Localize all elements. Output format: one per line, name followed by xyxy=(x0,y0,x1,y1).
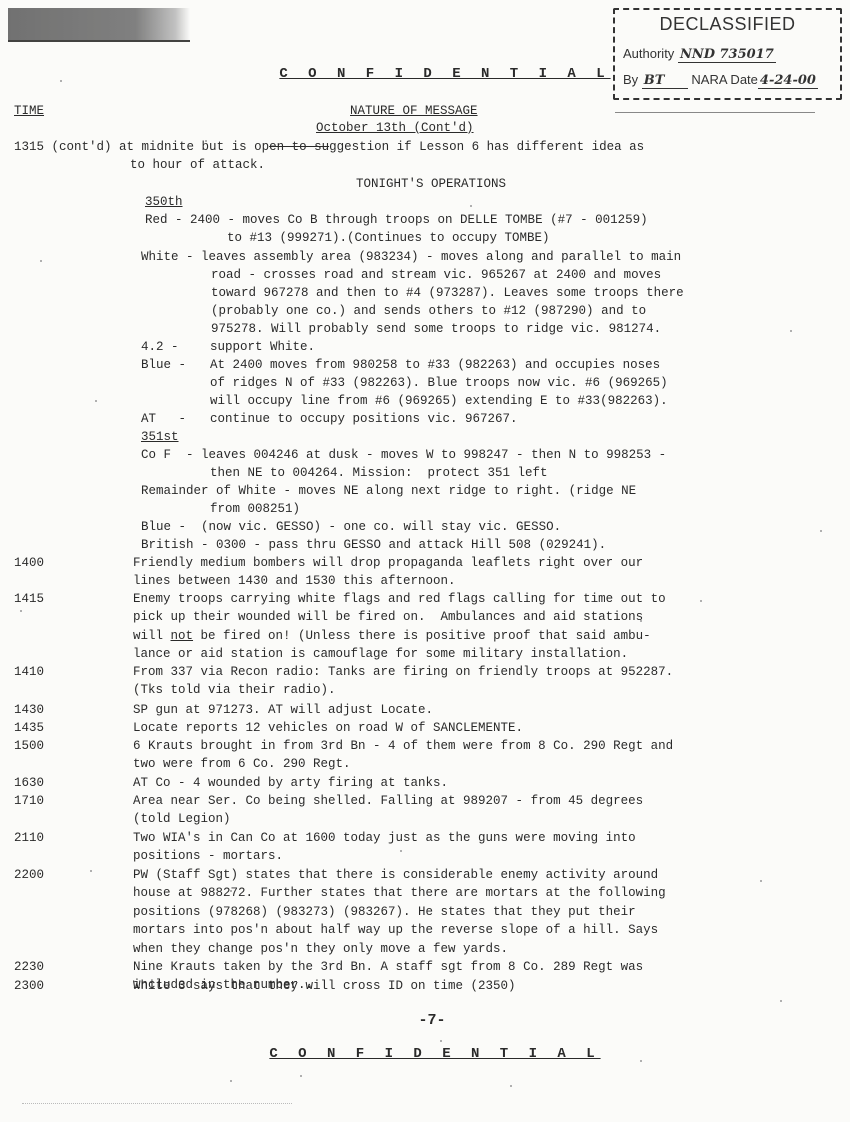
log-message-line: AT Co - 4 wounded by arty firing at tank… xyxy=(133,774,448,792)
log-time: 2300 xyxy=(14,977,44,995)
entry-1315: 1315 (cont'd) at midnite but is open to … xyxy=(14,138,644,156)
scan-speck xyxy=(300,1075,302,1077)
log-message-line: PW (Staff Sgt) states that there is cons… xyxy=(133,866,658,884)
log-message-line: house at 988272. Further states that the… xyxy=(133,884,666,902)
ops-cof-cont: then NE to 004264. Mission: protect 351 … xyxy=(210,464,548,482)
scan-speck xyxy=(60,80,62,82)
log-message-line: White 3 says that they will cross ID on … xyxy=(133,977,516,995)
scan-speck xyxy=(820,530,822,532)
ops-at-label: AT - xyxy=(141,410,186,428)
ops-white-cont: toward 967278 and then to #4 (973287). L… xyxy=(211,284,684,302)
log-message-line: lance or aid station is camouflage for s… xyxy=(133,645,628,663)
scan-artifact-line xyxy=(22,1103,292,1104)
scan-speck xyxy=(40,260,42,262)
stamp-title: DECLASSIFIED xyxy=(615,14,840,35)
log-message-line: (told Legion) xyxy=(133,810,231,828)
ops-cof: Co F - leaves 004246 at dusk - moves W t… xyxy=(141,446,666,464)
scan-speck xyxy=(470,205,472,207)
ops-blue: At 2400 moves from 980258 to #33 (982263… xyxy=(210,356,660,374)
scan-speck xyxy=(230,890,232,892)
scan-speck xyxy=(20,610,22,612)
nature-column-header: NATURE OF MESSAGE xyxy=(350,104,478,118)
page-number: -7- xyxy=(14,1012,850,1029)
scan-speck xyxy=(640,620,642,622)
log-time: 1630 xyxy=(14,774,44,792)
divider xyxy=(615,112,815,113)
ops-mortar: support White. xyxy=(210,338,315,356)
ops-remainder: Remainder of White - moves NE along next… xyxy=(141,482,636,500)
entry-time: 1315 (cont'd) xyxy=(14,140,112,154)
classification-header: C O N F I D E N T I A L xyxy=(40,66,850,82)
ops-mortar-label: 4.2 - xyxy=(141,338,179,356)
log-message-line: positions - mortars. xyxy=(133,847,283,865)
unit-350th: 350th xyxy=(145,193,183,211)
scan-speck xyxy=(780,1000,782,1002)
classification-footer: C O N F I D E N T I A L xyxy=(20,1046,850,1062)
log-message-line: two were from 6 Co. 290 Regt. xyxy=(133,755,351,773)
log-message-line: positions (978268) (983273) (983267). He… xyxy=(133,903,636,921)
ops-remainder-cont: from 008251) xyxy=(210,500,300,518)
log-message-line: Two WIA's in Can Co at 1600 today just a… xyxy=(133,829,636,847)
scan-speck xyxy=(790,330,792,332)
ops-white: White - leaves assembly area (983234) - … xyxy=(141,248,681,266)
ops-blue-cont: of ridges N of #33 (982263). Blue troops… xyxy=(210,374,668,392)
ops-red: Red - 2400 - moves Co B through troops o… xyxy=(145,211,648,229)
log-message-line: Area near Ser. Co being shelled. Falling… xyxy=(133,792,643,810)
ops-white-cont: 975278. Will probably send some troops t… xyxy=(211,320,661,338)
log-time: 1500 xyxy=(14,737,44,755)
scan-speck xyxy=(440,1040,442,1042)
entry-text-line: to hour of attack. xyxy=(130,156,265,174)
scan-speck xyxy=(510,1085,512,1087)
unit-351st: 351st xyxy=(141,428,179,446)
declassified-stamp: DECLASSIFIED Authority NND 735017 By BT … xyxy=(613,8,842,100)
log-time: 1435 xyxy=(14,719,44,737)
document-date: October 13th (Cont'd) xyxy=(316,121,474,135)
stamp-authority-value: NND 735017 xyxy=(678,47,776,63)
log-time: 2200 xyxy=(14,866,44,884)
scan-speck xyxy=(400,850,402,852)
scan-speck xyxy=(95,400,97,402)
scan-speck xyxy=(230,1080,232,1082)
ops-red-cont: to #13 (999271).(Continues to occupy TOM… xyxy=(227,229,550,247)
log-message-line: lines between 1430 and 1530 this afterno… xyxy=(133,572,456,590)
log-message-line: Enemy troops carrying white flags and re… xyxy=(133,590,666,608)
ops-white-cont: (probably one co.) and sends others to #… xyxy=(211,302,646,320)
time-column-header: TIME xyxy=(14,104,44,118)
ops-white-cont: road - crosses road and stream vic. 9652… xyxy=(211,266,661,284)
log-message-line: pick up their wounded will be fired on. … xyxy=(133,608,643,626)
scan-speck xyxy=(700,600,702,602)
ops-blue-351: Blue - (now vic. GESSO) - one co. will s… xyxy=(141,518,561,536)
ops-blue-cont: will occupy line from #6 (969265) extend… xyxy=(210,392,668,410)
log-time: 1710 xyxy=(14,792,44,810)
log-message-line: From 337 via Recon radio: Tanks are firi… xyxy=(133,663,673,681)
scan-speck xyxy=(90,870,92,872)
scan-speck xyxy=(760,880,762,882)
log-message-line: (Tks told via their radio). xyxy=(133,681,336,699)
log-time: 2110 xyxy=(14,829,44,847)
scan-speck xyxy=(640,1060,642,1062)
log-message-line: SP gun at 971273. AT will adjust Locate. xyxy=(133,701,433,719)
ops-at: continue to occupy positions vic. 967267… xyxy=(210,410,518,428)
ops-british: British - 0300 - pass thru GESSO and att… xyxy=(141,536,606,554)
log-message-line: Locate reports 12 vehicles on road W of … xyxy=(133,719,523,737)
scan-speck xyxy=(205,140,207,142)
log-time: 1400 xyxy=(14,554,44,572)
scan-artifact-bar xyxy=(8,8,190,42)
log-message-line: will not be fired on! (Unless there is p… xyxy=(133,627,651,645)
stamp-authority: Authority NND 735017 xyxy=(623,46,776,63)
log-time: 1415 xyxy=(14,590,44,608)
log-message-line: Friendly medium bombers will drop propag… xyxy=(133,554,643,572)
log-time: 2230 xyxy=(14,958,44,976)
operations-title: TONIGHT'S OPERATIONS xyxy=(356,175,506,193)
log-message-line: Nine Krauts taken by the 3rd Bn. A staff… xyxy=(133,958,643,976)
log-message-line: mortars into pos'n about half way up the… xyxy=(133,921,658,939)
log-message-line: 6 Krauts brought in from 3rd Bn - 4 of t… xyxy=(133,737,673,755)
ops-blue-label: Blue - xyxy=(141,356,186,374)
log-message-line: when they change pos'n they only move a … xyxy=(133,940,508,958)
log-time: 1430 xyxy=(14,701,44,719)
log-time: 1410 xyxy=(14,663,44,681)
